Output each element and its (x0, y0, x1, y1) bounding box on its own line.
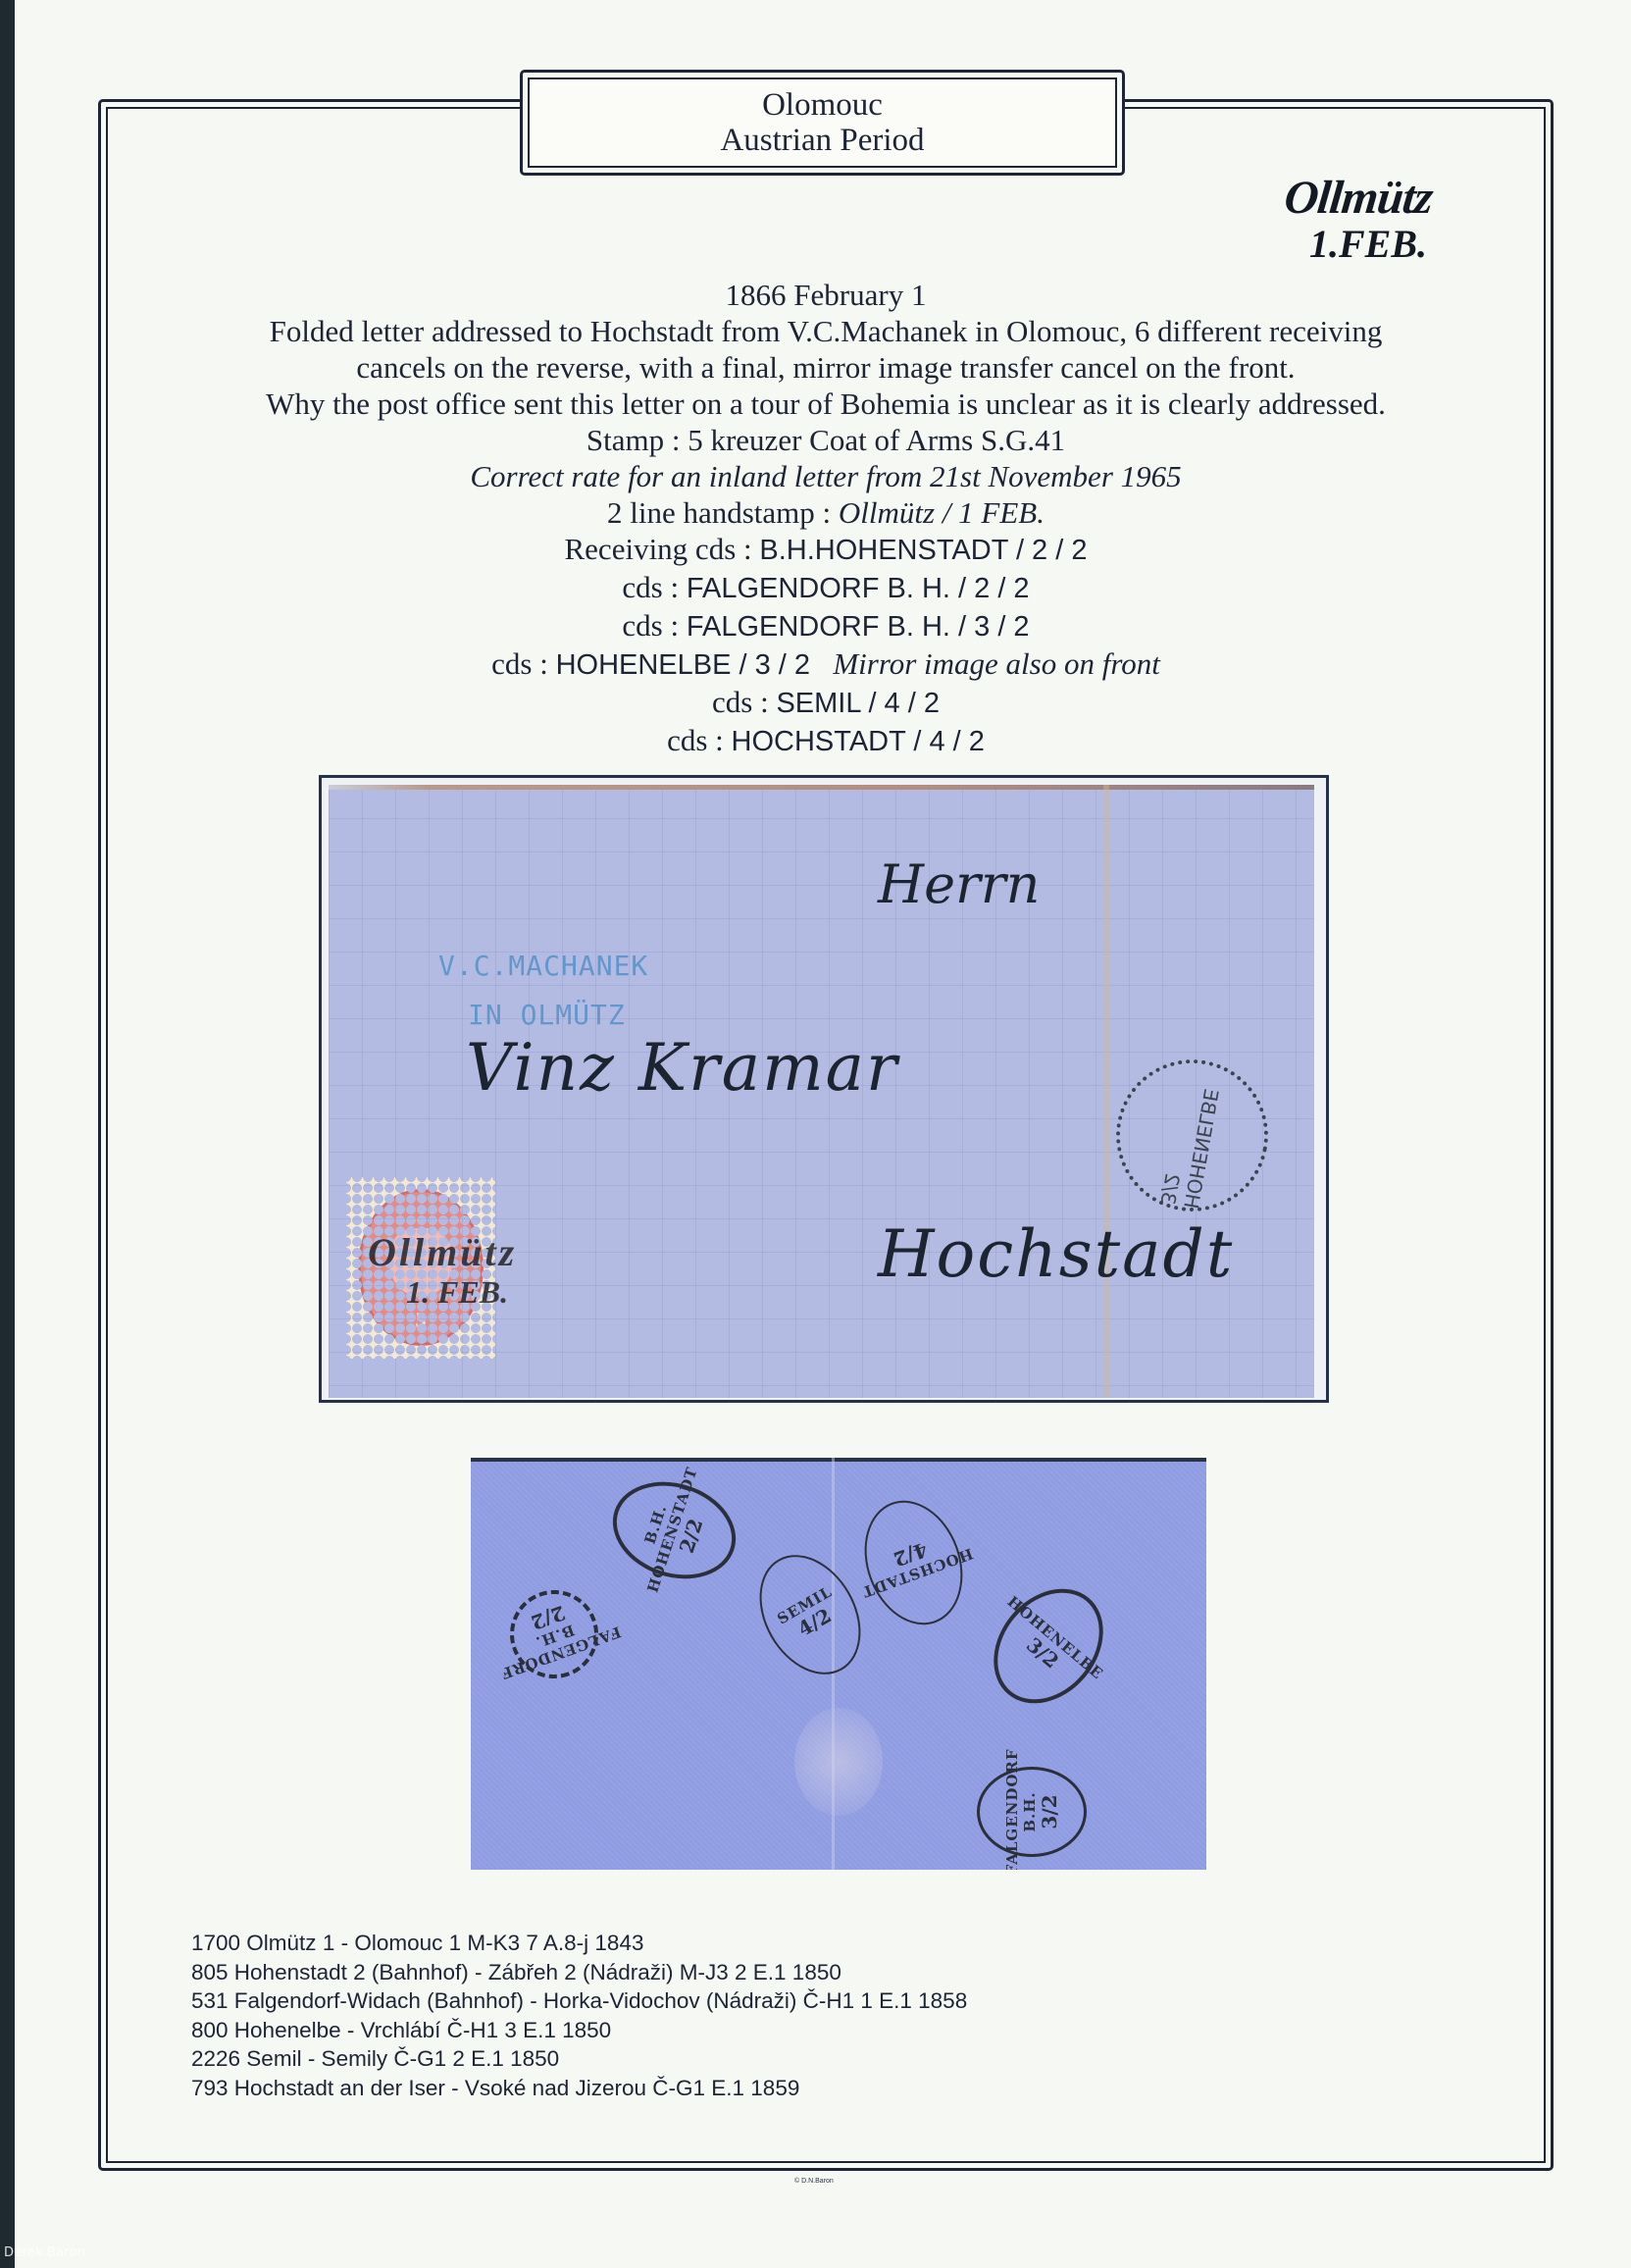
handstamp-description: 2 line handstamp : Ollmütz / 1 FEB. (108, 494, 1544, 531)
cds-line: cds : HOHENELBE / 3 / 2 Mirror image als… (108, 645, 1544, 684)
address-salutation: Herrn (878, 853, 1040, 915)
stamp-cancel: Ollmütz 1. FEB. (368, 1231, 517, 1310)
cds-line: Receiving cds : B.H.HOHENSTADT / 2 / 2 (108, 531, 1544, 569)
description-block: 1866 February 1 Folded letter addressed … (108, 277, 1544, 760)
page-title: Olomouc (762, 87, 883, 123)
scan-edge-strip (0, 0, 15, 2268)
back-cover-image: B.H. HOHENSTADT 2/2 FALGENDORF B.H. 2/2 … (471, 1458, 1206, 1870)
handstamp-date: 1.FEB. (1241, 224, 1496, 265)
cds-postmark: HOCHSTADT 4/2 (848, 1487, 980, 1639)
handstamp-town: Ollmütz (1218, 173, 1498, 224)
paper-edge (329, 785, 1314, 790)
rate-note: Correct rate for an inland letter from 2… (108, 458, 1544, 494)
seal-mark (794, 1708, 883, 1816)
copyright-notice: © D.N.Baron (794, 2178, 834, 2185)
paper-edge (471, 1458, 1206, 1462)
stamp-description: Stamp : 5 kreuzer Coat of Arms S.G.41 (108, 422, 1544, 458)
reference-item: 793 Hochstadt an der Iser - Vsoké nad Ji… (191, 2074, 967, 2103)
address-name: Vinz Kramar (466, 1030, 899, 1106)
reference-item: 805 Hohenstadt 2 (Bahnhof) - Zábřeh 2 (N… (191, 1958, 967, 1987)
description-line: Folded letter addressed to Hochstadt fro… (108, 313, 1544, 349)
postmark-references: 1700 Olmütz 1 - Olomouc 1 M-K3 7 A.8-j 1… (191, 1929, 967, 2102)
address-town: Hochstadt (878, 1216, 1234, 1292)
title-cartouche-inner: Olomouc Austrian Period (528, 77, 1117, 168)
cds-postmark: FALGENDORF B.H. 2/2 (497, 1577, 610, 1690)
sender-handstamp: V.C.MACHANEK IN OLMÜTZ (438, 942, 648, 1040)
cds-postmark: SEMIL 4/2 (739, 1537, 882, 1693)
watermark: Derek Baron (4, 2245, 85, 2260)
front-cover-image: V.C.MACHANEK IN OLMÜTZ Herrn Vinz Kramar… (329, 785, 1314, 1398)
reference-item: 2226 Semil - Semily Č-G1 2 E.1 1850 (191, 2044, 967, 2074)
reference-item: 800 Hohenelbe - Vrchlábí Č-H1 3 E.1 1850 (191, 2016, 967, 2045)
cds-line: cds : FALGENDORF B. H. / 2 / 2 (108, 569, 1544, 607)
cds-postmark: B.H. HOHENSTADT 2/2 (600, 1467, 748, 1594)
cds-line: cds : FALGENDORF B. H. / 3 / 2 (108, 607, 1544, 645)
cds-line: cds : SEMIL / 4 / 2 (108, 684, 1544, 722)
cds-line: cds : HOCHSTADT / 4 / 2 (108, 722, 1544, 760)
description-line: cancels on the reverse, with a final, mi… (108, 349, 1544, 386)
fold-line (1103, 785, 1109, 1398)
reference-item: 531 Falgendorf-Widach (Bahnhof) - Horka-… (191, 1986, 967, 2016)
cds-postmark: HOHENELBE 3/2 (971, 1567, 1125, 1725)
reference-item: 1700 Olmütz 1 - Olomouc 1 M-K3 7 A.8-j 1… (191, 1929, 967, 1958)
description-line: Why the post office sent this letter on … (108, 386, 1544, 422)
page-subtitle: Austrian Period (720, 123, 924, 158)
cover-date: 1866 February 1 (108, 277, 1544, 313)
handstamp-illustration: Ollmütz 1.FEB. (1221, 173, 1496, 265)
cds-postmark: FALGENDORF B.H. 3/2 (977, 1767, 1087, 1857)
stamp-value: 5 (416, 1308, 427, 1333)
mirror-cds-postmark: HOHENELBE 3/2 (1104, 1048, 1281, 1224)
